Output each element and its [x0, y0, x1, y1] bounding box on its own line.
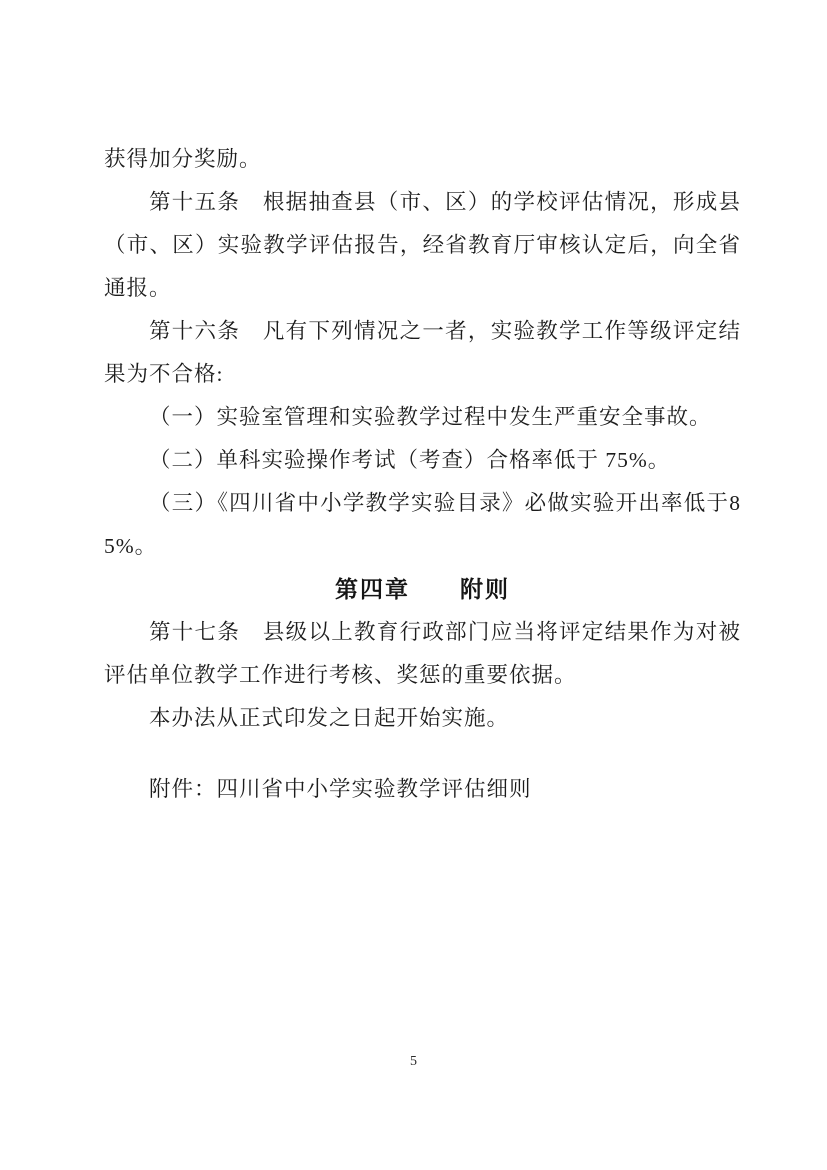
paragraph-item-2: （二）单科实验操作考试（考查）合格率低于 75%。	[104, 439, 741, 482]
paragraph-implementation: 本办法从正式印发之日起开始实施。	[104, 697, 741, 740]
document-page: 获得加分奖励。 第十五条 根据抽查县（市、区）的学校评估情况，形成县（市、区）实…	[0, 0, 827, 1170]
paragraph-attachment: 附件：四川省中小学实验教学评估细则	[104, 768, 741, 811]
paragraph-item-1: （一）实验室管理和实验教学过程中发生严重安全事故。	[104, 396, 741, 439]
document-body: 获得加分奖励。 第十五条 根据抽查县（市、区）的学校评估情况，形成县（市、区）实…	[104, 138, 741, 811]
paragraph-article-15: 第十五条 根据抽查县（市、区）的学校评估情况，形成县（市、区）实验教学评估报告，…	[104, 181, 741, 310]
page-number: 5	[0, 1052, 827, 1072]
paragraph-article-17: 第十七条 县级以上教育行政部门应当将评定结果作为对被评估单位教学工作进行考核、奖…	[104, 611, 741, 697]
chapter-heading: 第四章 附则	[104, 568, 741, 611]
paragraph-continuation: 获得加分奖励。	[104, 138, 741, 181]
paragraph-item-3: （三）《四川省中小学教学实验目录》必做实验开出率低于85%。	[104, 482, 741, 568]
paragraph-article-16: 第十六条 凡有下列情况之一者，实验教学工作等级评定结果为不合格:	[104, 310, 741, 396]
